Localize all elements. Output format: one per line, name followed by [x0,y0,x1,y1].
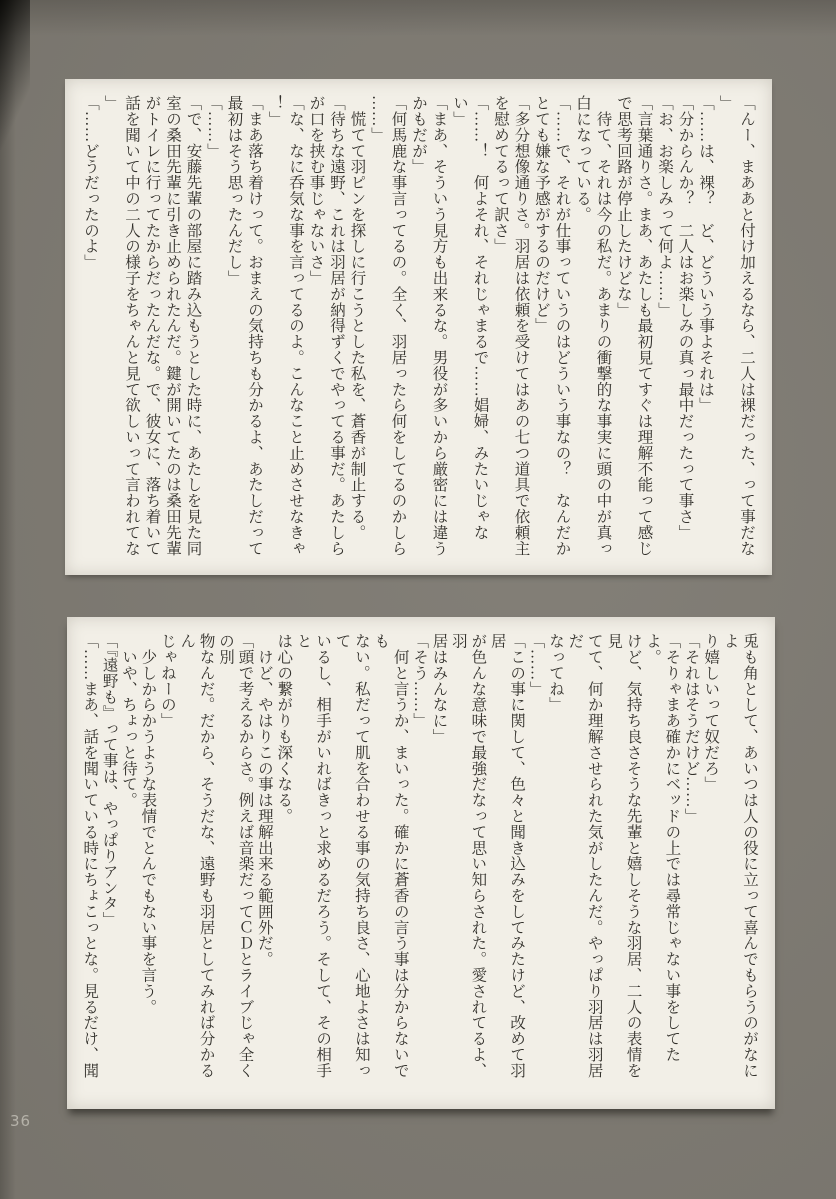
text-column: 「それはそうだけど……」 [681,633,700,1093]
text-column: 「……で、それが仕事っていうのはどういう事なの？ なんだか [551,95,572,559]
text-column: がトイレに行ってたからだったんだな。で、彼女に、落ち着いて [141,95,162,559]
text-column: 最初はそう思ったんだし」 [223,95,244,559]
text-column: 「何馬鹿な事言ってるの。全く、羽居ったら何をしてるのかしら [387,95,408,559]
text-column: かもだが」 [408,95,429,559]
page-left-shadow [0,0,16,1199]
text-column: 何と言うか、まいった。確かに蒼香の言う事は分からないでも [371,633,410,1093]
text-column: が口を挟む事じゃないさ」 [305,95,326,559]
text-column: 「待ちな遠野、これは羽居が納得ずくでやってる事だ。あたしら [326,95,347,559]
text-column: 室の桑田先輩に引き止められたんだ。鍵が開いてたのは桑田先輩 [162,95,183,559]
text-column: 「……！ 何よそれ、それじゃまるで……娼婦、みたいじゃない」 [449,95,490,559]
page-top-shadow [0,0,836,36]
text-column: ……」 [367,95,388,559]
text-column: 兎も角として、あいつは人の役に立って喜んでもらうのがなによ [720,633,759,1093]
text-column: 「『遠野も』って事は、やっぱりアンタ」 [99,633,118,1093]
page-number: 36 [10,1112,31,1130]
text-column: 「お、お楽しみって何よ……」 [654,95,675,559]
text-column: り嬉しいって奴だろ」 [701,633,720,1093]
text-column: 「頭で考えるからさ。例えば音楽だってＣＤとライブじゃ全くの別 [216,633,255,1093]
text-column: 「な、なに呑気な事を言ってるのよ。こんなこと止めさせなきゃ [285,95,306,559]
text-column: 「まあ、そういう見方も出来るな。男役が多いから厳密には違う [428,95,449,559]
text-column: 「この事に関して、色々と聞き込みをしてみたけど、改めて羽居 [487,633,526,1093]
text-panel-top: 「んー、まああと付け加えるなら、二人は裸だった、って事だな」「……は、裸？ ど、… [65,79,772,575]
text-column: 「分からんか？ 二人はお楽しみの真っ最中だったって事さ」 [674,95,695,559]
text-column: 」 [715,95,736,559]
text-column: を慰めてるって訳さ」 [490,95,511,559]
text-column: 少しからかうような表情でとんでもない事を言う。 [138,633,157,1093]
text-column: 「……」 [526,633,545,1093]
text-column: 物なんだ。だから、そうだな、遠野も羽居としてみれば分かるん [177,633,216,1093]
text-column: 「まあ落ち着けって。おまえの気持ちも分かるよ、あたしだって [244,95,265,559]
text-panel-bottom: 兎も角として、あいつは人の役に立って喜んでもらうのがなにより嬉しいって奴だろ」「… [67,617,775,1109]
text-column: けど、気持ち良さそうな先輩と嬉しそうな羽居、二人の表情を見 [604,633,643,1093]
text-column: てて、何か理解させられた気がしたんだ。やっぱり羽居は羽居だ [565,633,604,1093]
text-column: けど、やはりこの事は理解出来る範囲外だ。 [254,633,273,1093]
page-corner-shadow [0,0,30,150]
text-column: 白になっている。 [572,95,593,559]
text-column: 話を聞いて中の二人の様子をちゃんと見て欲しいって言われてな [121,95,142,559]
text-column: 待て、それは今の私だ。あまりの衝撃的な事実に頭の中が真っ [592,95,613,559]
text-column: 「言葉通りさ。まあ、あたしも最初見てすぐは理解不能って感じ [633,95,654,559]
text-column: 「……は、裸？ ど、どういう事よそれは」 [695,95,716,559]
vertical-text-block-bottom: 兎も角として、あいつは人の役に立って喜んでもらうのがなにより嬉しいって奴だろ」「… [83,633,759,1093]
text-column: 「……どうだったのよ」 [81,95,100,559]
vertical-text-block-top: 「んー、まああと付け加えるなら、二人は裸だった、って事だな」「……は、裸？ ど、… [81,95,756,559]
text-column: 」 [100,95,121,559]
text-column: が色んな意味で最強だなって思い知らされた。愛されてるよ、羽 [449,633,488,1093]
text-column: じゃねーの」 [157,633,176,1093]
text-column: いるし、相手がいればきっと求めるだろう。そして、その相手と [293,633,332,1093]
text-column: 「んー、まああと付け加えるなら、二人は裸だった、って事だな [736,95,757,559]
text-column: なってね」 [546,633,565,1093]
text-column: 「そりゃまあ確かにベッドの上では尋常じゃない事をしてたよ。 [643,633,682,1093]
text-column: で思考回路が停止したけどな」 [613,95,634,559]
text-column: は心の繋がりも深くなる。 [274,633,293,1093]
text-column: 「で、安藤先輩の部屋に踏み込もうとした時に、あたしを見た同 [182,95,203,559]
text-column: いや、ちょっと待て。 [119,633,138,1093]
text-column: 慌てて羽ピンを探しに行こうとした私を、蒼香が制止する。 [346,95,367,559]
text-column: とても嫌な予感がするのだけど」 [531,95,552,559]
text-column: 「……」 [203,95,224,559]
text-column: 「……まあ、話を聞いている時にちょこっとな。見るだけ、聞く [83,633,99,1093]
text-column: ない。私だって肌を合わせる事の気持ち良さ、心地よさは知って [332,633,371,1093]
scanned-page: 「んー、まああと付け加えるなら、二人は裸だった、って事だな」「……は、裸？ ど、… [0,0,836,1199]
text-column: 居はみんなに」 [429,633,448,1093]
text-column: ！」 [264,95,285,559]
text-column: 「そう……」 [410,633,429,1093]
text-column: 「多分想像通りさ。羽居は依頼を受けてはあの七つ道具で依頼主 [510,95,531,559]
